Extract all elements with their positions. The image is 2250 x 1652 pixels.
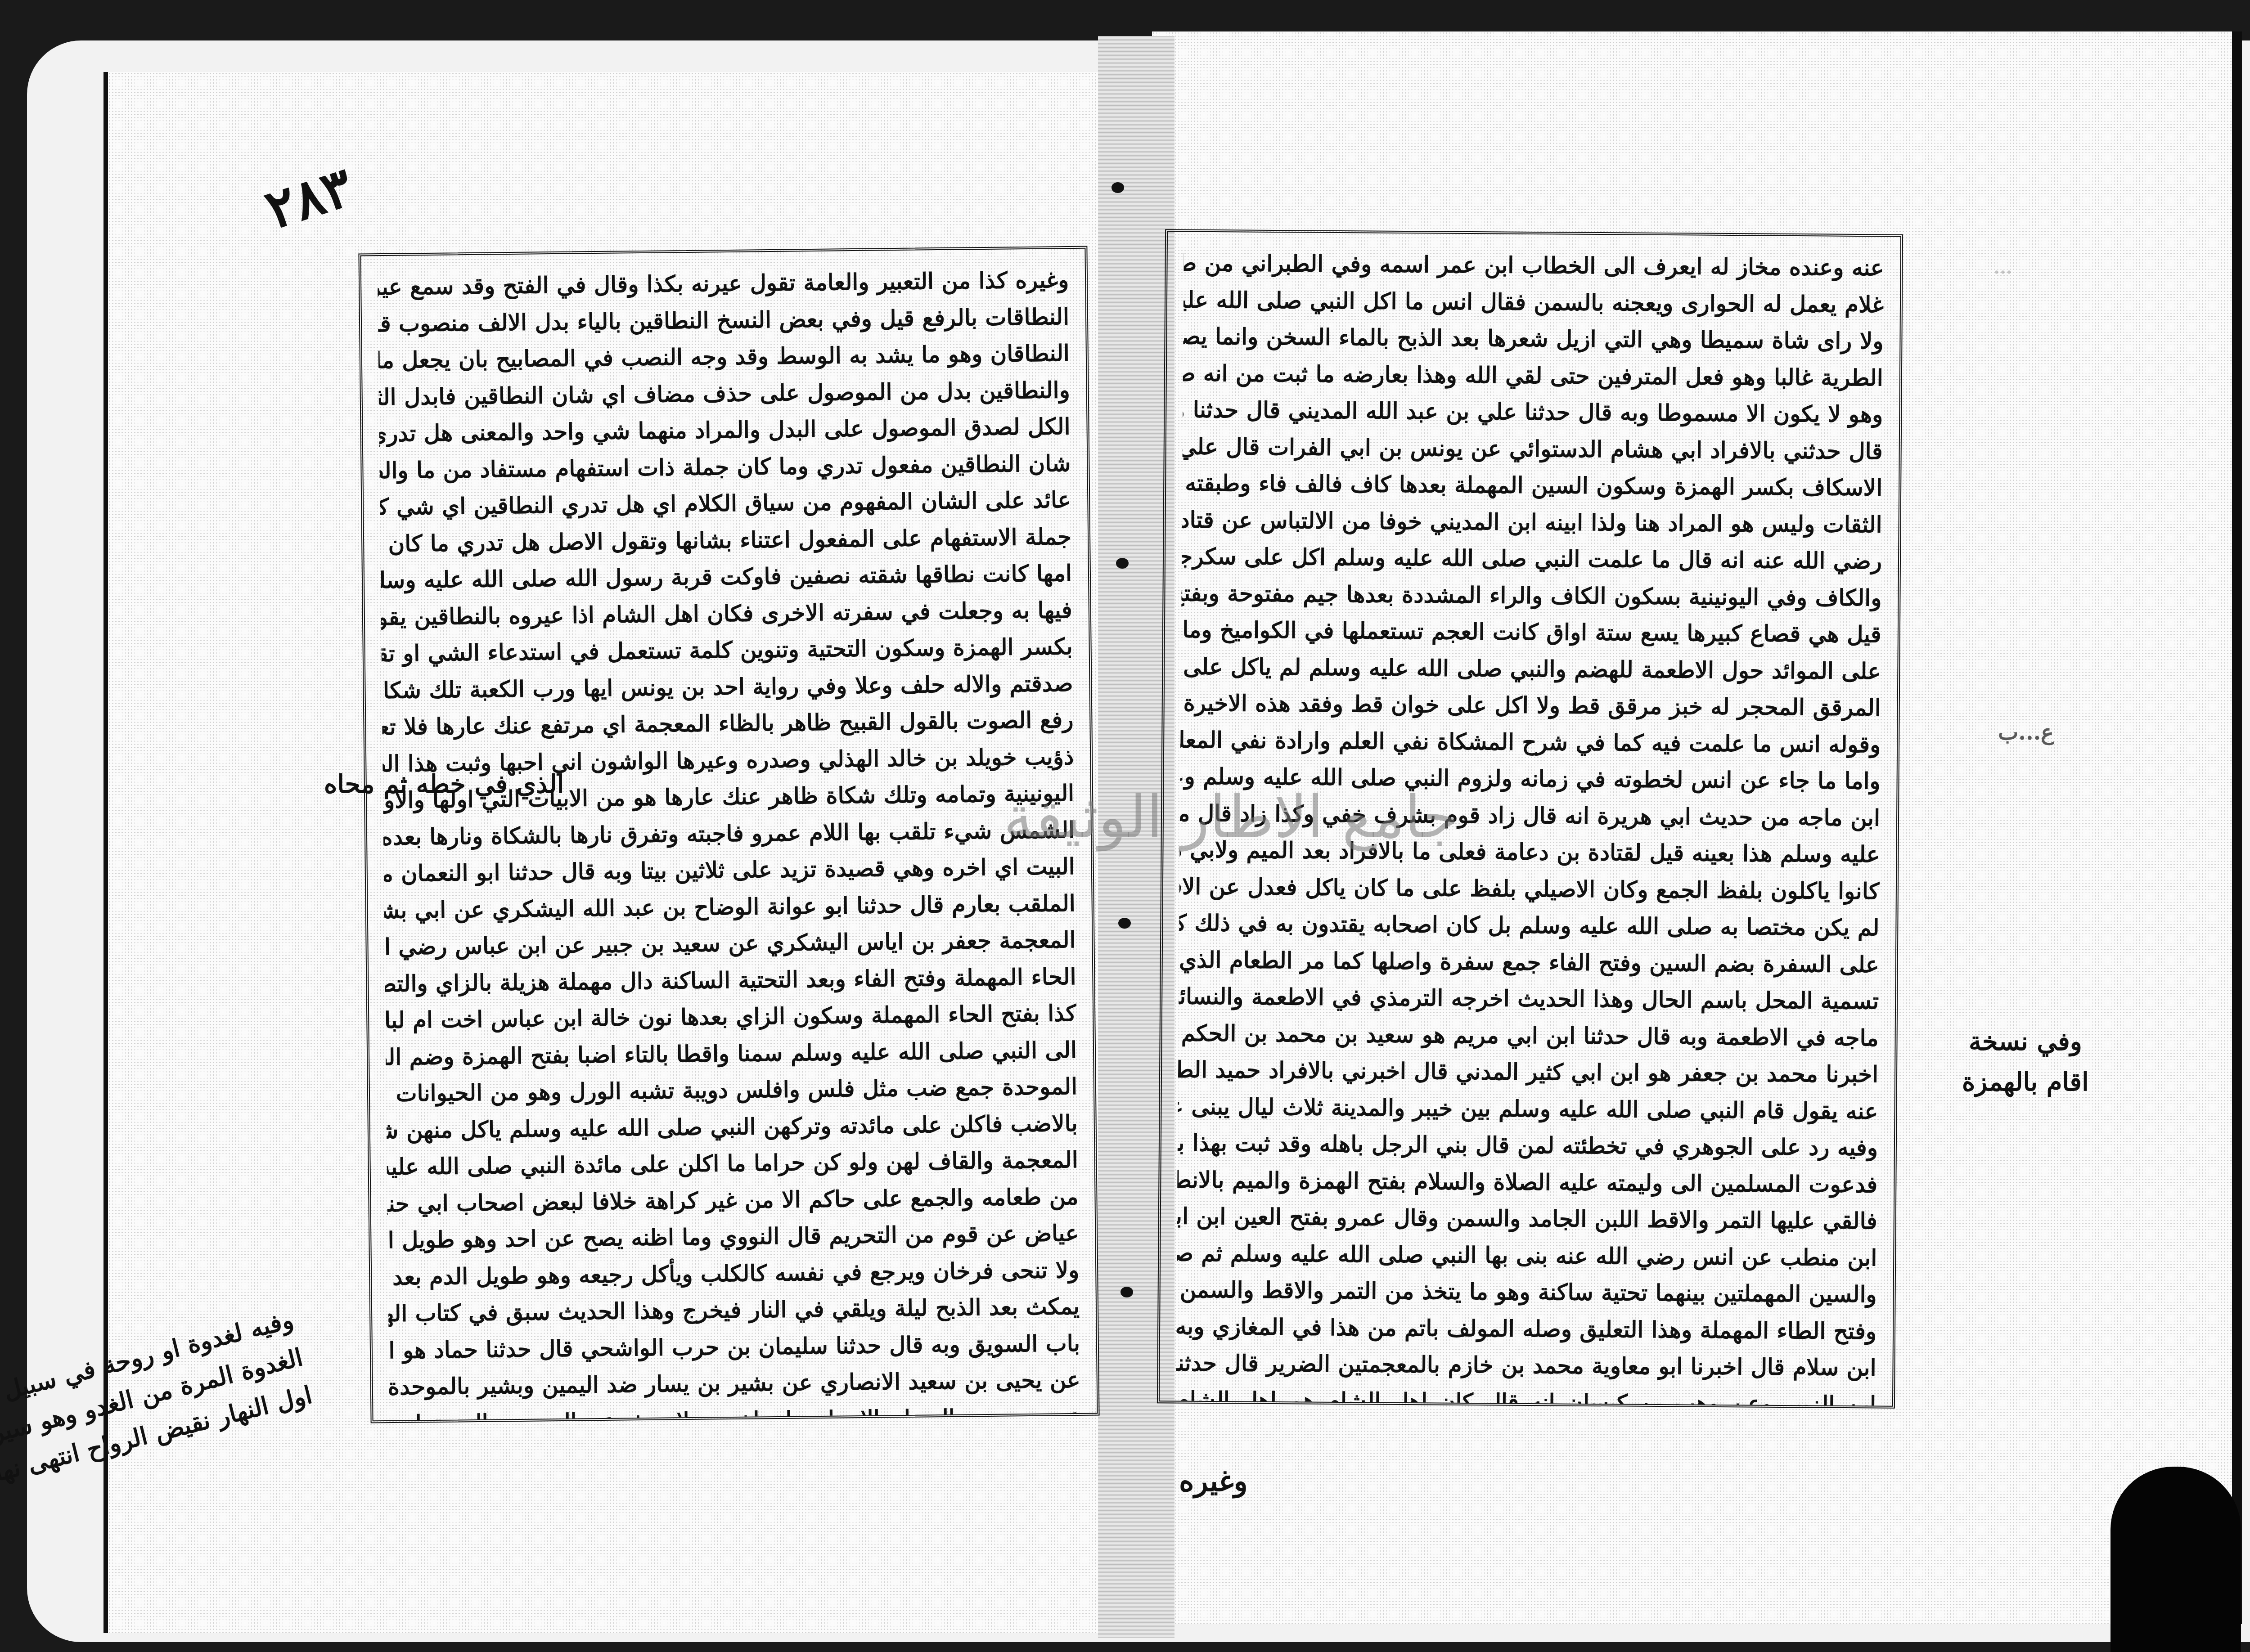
text-line: واما ما جاء عن انس لخطوته في زمانه ولزوم… [1180, 758, 1881, 799]
text-line: ولا راى شاة سميطا وهي التي ازيل شعرها بع… [1183, 318, 1884, 359]
text-line: والكاف وفي اليونينية بسكون الكاف والراء … [1181, 575, 1882, 616]
text-line: وقوله انس ما علمت فيه كما في شرح المشكاة… [1180, 721, 1881, 763]
text-line: رضي الله عنه انه قال ما علمت النبي صلى ا… [1182, 538, 1882, 579]
catchword: وغيره [1179, 1464, 1248, 1498]
margin-note-right-lower: وفي نسخة اقام بالهمزة [1962, 1021, 2089, 1102]
thumb-shadow [2110, 1467, 2241, 1652]
text-line: تسمية المحل باسم الحال وهذا الحديث اخرجه… [1179, 978, 1879, 1019]
text-line: ماجه في الاطعمة وبه قال حدثنا ابن ابي مر… [1178, 1015, 1879, 1056]
text-line: على السفرة بضم السين وفتح الفاء جمع سفرة… [1179, 941, 1880, 983]
binding-hole-icon [1111, 182, 1124, 193]
text-line: فالقي عليها التمر والاقط اللبن الجامد وا… [1177, 1198, 1878, 1239]
text-line: عنه يقول قام النبي صلى الله عليه وسلم بي… [1178, 1088, 1878, 1129]
text-line: باب السويق وبه قال حدثنا سليمان بن حرب ا… [389, 1324, 1080, 1369]
text-line: عنه وعنده مخاز له ايعرف الى الخطاب ابن ع… [1183, 245, 1884, 286]
text-line: وفتح الطاء المهملة وهذا التعليق وصله الم… [1176, 1308, 1877, 1349]
binding-hole-icon [1120, 1287, 1133, 1297]
text-line: وفيه رد على الجوهري في تخطئته لمن قال بن… [1178, 1125, 1878, 1166]
text-line: غلام يعمل له الحوارى ويعجنه بالسمن فقال … [1183, 281, 1884, 323]
text-line: قيل هي قصاع كبيرها يسع ستة اواق كانت الع… [1181, 611, 1882, 653]
left-text-block: وغيره كذا من التعبير والعامة تقول عيرنه … [358, 246, 1099, 1423]
margin-note-line: اقام بالهمزة [1962, 1062, 2089, 1102]
text-line: وهو لا يكون الا مسموطا وبه قال حدثنا علي… [1183, 391, 1883, 433]
text-line: فيها به وجعلت في سفرته الاخرى فكان اهل ا… [381, 591, 1072, 635]
text-line: الطرية غالبا وهو فعل المترفين حتى لقي ال… [1183, 355, 1884, 396]
text-line: على الموائد حول الاطعمة للهضم والنبي صلى… [1181, 648, 1881, 689]
text-line: لم يكن مختصا به صلى الله عليه وسلم بل كا… [1179, 905, 1880, 946]
binding-hole-icon [1116, 558, 1129, 569]
text-line: فدعوت المسلمين الى وليمته عليه الصلاة وا… [1177, 1161, 1878, 1203]
margin-note-right-middle: ع...ب [1998, 720, 2054, 745]
text-line: المرقق المحجر له خبز مرقق قط ولا اكل على… [1180, 685, 1881, 726]
right-text-block: عنه وعنده مخاز له ايعرف الى الخطاب ابن ع… [1157, 229, 1903, 1408]
text-line: قال حدثني بالافراد ابي هشام الدستوائي عن… [1182, 428, 1883, 469]
margin-note-line: وفي نسخة [1962, 1021, 2089, 1062]
text-line: ابن ماجه من حديث ابي هريرة انه قال زاد ق… [1180, 795, 1881, 836]
text-line: امها كانت نطاقها شقته نصفين فاوكت قربة ر… [381, 555, 1072, 599]
text-line: اخبرنا محمد بن جعفر هو ابن ابي كثير المد… [1178, 1051, 1879, 1093]
text-line: ابن منطب عن انس رضي الله عنه بنى بها الن… [1177, 1235, 1877, 1276]
text-line: الثقات وليس هو المراد هنا ولذا ابينه ابن… [1182, 501, 1882, 543]
text-line: كانوا ياكلون بلفظ الجمع وكان الاصيلي بلف… [1179, 868, 1880, 909]
margin-note-left-middle: الذي في خطه ثم محاه [324, 769, 564, 799]
text-line: ابن سلام قال اخبرنا ابو معاوية محمد بن خ… [1176, 1345, 1876, 1386]
text-line: والسين المهملتين بينهما تحتية ساكنة وهو … [1176, 1271, 1877, 1313]
binding-hole-icon [1118, 918, 1131, 929]
margin-note-right-top-faded: ... [1993, 252, 2012, 283]
text-line: الاسكاف بكسر الهمزة وسكون السين المهملة … [1182, 465, 1883, 506]
text-line: عليه وسلم هذا بعينه قيل لقتادة بن دعامة … [1179, 831, 1880, 873]
